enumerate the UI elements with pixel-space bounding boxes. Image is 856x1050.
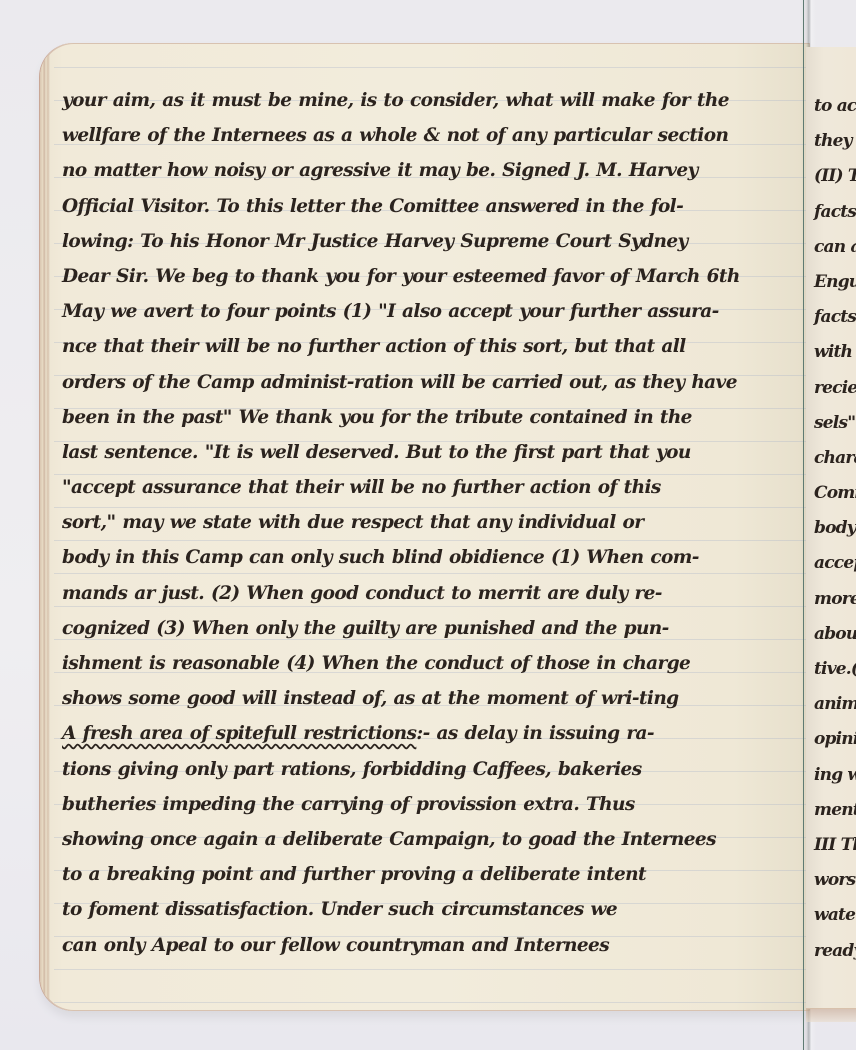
text-line: they n: [814, 124, 856, 159]
text-line: been in the past" We thank you for the t…: [62, 400, 792, 435]
text-line: Comin: [814, 476, 856, 511]
text-line: body: [814, 511, 856, 546]
text-line: sort," may we state with due respect tha…: [62, 505, 792, 540]
text-line: (II) The: [814, 159, 856, 194]
text-line: ishment is reasonable (4) When the condu…: [62, 646, 792, 681]
text-line-underlined: A fresh area of spitefull restrictions:-…: [62, 716, 792, 751]
text-line: can a: [814, 230, 856, 265]
text-line: last sentence. "It is well deserved. But…: [62, 435, 792, 470]
underlined-phrase: A fresh area of spitefull restrictions: [62, 723, 416, 744]
text-line: to a breaking point and further proving …: [62, 857, 792, 892]
text-line: nce that their will be no further action…: [62, 329, 792, 364]
text-line: facts: [814, 300, 856, 335]
text-line: shows some good will instead of, as at t…: [62, 681, 792, 716]
left-notebook-page: your aim, as it must be mine, is to cons…: [40, 43, 810, 1011]
text-line: no matter how noisy or agressive it may …: [62, 153, 792, 188]
text-line: with r: [814, 335, 856, 370]
text-line: can only Apeal to our fellow countryman …: [62, 928, 792, 963]
text-line: anim: [814, 687, 856, 722]
text-line: your aim, as it must be mine, is to cons…: [62, 83, 792, 118]
text-line: cognized (3) When only the guilty are pu…: [62, 611, 792, 646]
binding-line: [803, 0, 804, 1050]
text-line: about: [814, 617, 856, 652]
text-line: III The: [814, 828, 856, 863]
text-line: ready: [814, 934, 856, 969]
handwritten-text-block: your aim, as it must be mine, is to cons…: [62, 83, 792, 963]
text-line: showing once again a deliberate Campaign…: [62, 822, 792, 857]
text-line: Engui: [814, 265, 856, 300]
text-line: chara: [814, 441, 856, 476]
text-line: Official Visitor. To this letter the Com…: [62, 189, 792, 224]
text-line: May we avert to four points (1) "I also …: [62, 294, 792, 329]
text-line: tive.(: [814, 652, 856, 687]
text-line: more: [814, 582, 856, 617]
text-line: water.: [814, 898, 856, 933]
text-line: butheries impeding the carrying of provi…: [62, 787, 792, 822]
text-line: tions giving only part rations, forbiddi…: [62, 752, 792, 787]
text-line: sels": [814, 406, 856, 441]
text-line: ment I: [814, 793, 856, 828]
text-line: reciev: [814, 371, 856, 406]
text-line: ing w: [814, 758, 856, 793]
text-line: accep: [814, 546, 856, 581]
text-line: mands ar just. (2) When good conduct to …: [62, 576, 792, 611]
right-notebook-page-fragment: to acc they n (II) The facts can a Engui…: [806, 47, 856, 1009]
text-line: worse: [814, 863, 856, 898]
right-page-bottom-edge: [806, 1008, 856, 1022]
text-line: wellfare of the Internees as a whole & n…: [62, 118, 792, 153]
text-after-underline: :- as delay in issuing ra-: [416, 723, 654, 744]
right-page-text-block: to acc they n (II) The facts can a Engui…: [814, 89, 856, 969]
text-line: to foment dissatisfaction. Under such ci…: [62, 892, 792, 927]
notebook-scan: your aim, as it must be mine, is to cons…: [0, 0, 856, 1050]
text-line: lowing: To his Honor Mr Justice Harvey S…: [62, 224, 792, 259]
text-line: body in this Camp can only such blind ob…: [62, 540, 792, 575]
text-line: "accept assurance that their will be no …: [62, 470, 792, 505]
text-line: Dear Sir. We beg to thank you for your e…: [62, 259, 792, 294]
text-line: facts: [814, 195, 856, 230]
text-line: to acc: [814, 89, 856, 124]
text-line: orders of the Camp administ-ration will …: [62, 365, 792, 400]
text-line: opini: [814, 722, 856, 757]
